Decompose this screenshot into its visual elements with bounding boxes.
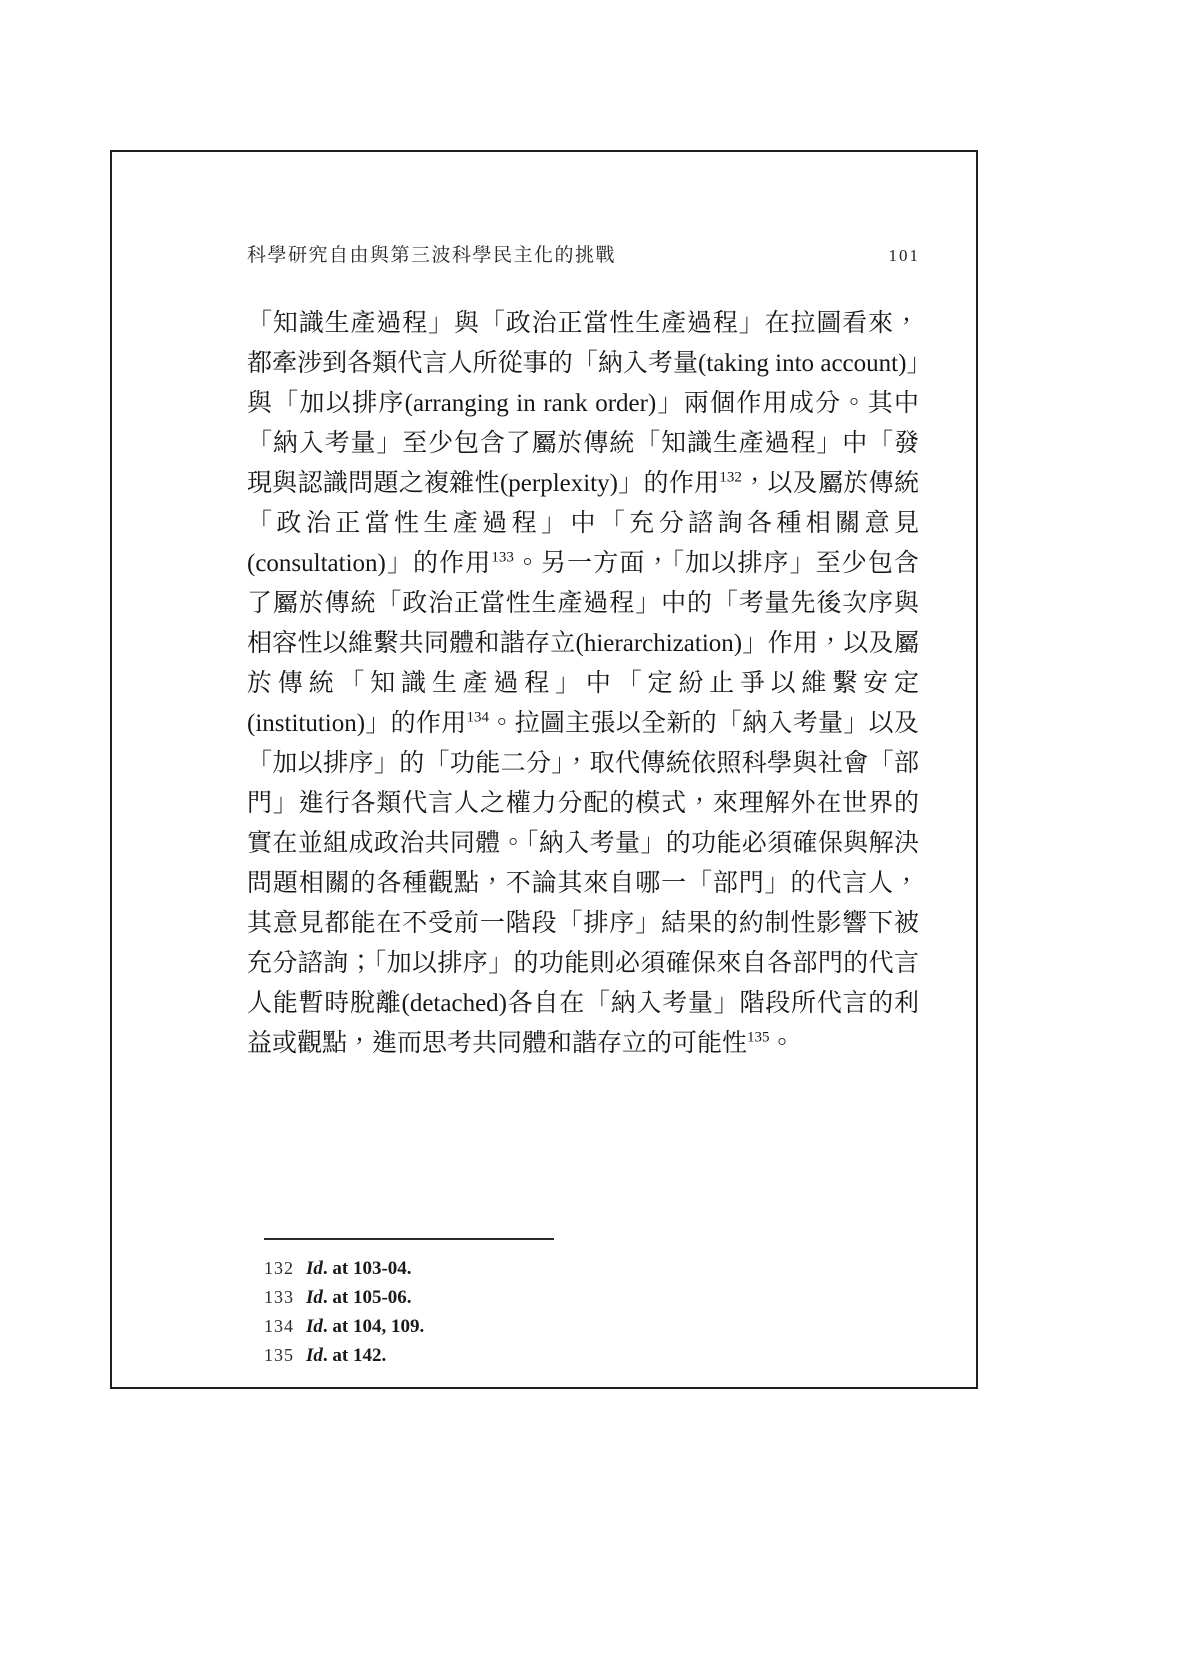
footnote-item: 133Id. at 105-06. bbox=[264, 1283, 764, 1312]
footnote-ref: 133 bbox=[491, 550, 514, 566]
footnote-citation-text: . at 104, 109. bbox=[323, 1316, 424, 1337]
footnote-citation-text: . at 105-06. bbox=[323, 1287, 412, 1308]
footnote-number: 135 bbox=[264, 1341, 306, 1370]
footnote-ref: 134 bbox=[467, 710, 490, 726]
footnote-citation-text: . at 103-04. bbox=[323, 1258, 412, 1279]
footnote-ref: 135 bbox=[747, 1030, 770, 1046]
page-canvas: 科學研究自由與第三波科學民主化的挑戰 101 「知識生產過程」與「政治正當性生產… bbox=[0, 0, 1177, 1664]
footnote-item: 132Id. at 103-04. bbox=[264, 1254, 764, 1283]
footnote-number: 133 bbox=[264, 1283, 306, 1312]
footnote-citation-term: Id bbox=[306, 1345, 323, 1366]
running-header-title: 科學研究自由與第三波科學民主化的挑戰 bbox=[247, 240, 616, 267]
body-paragraph: 「知識生產過程」與「政治正當性生產過程」在拉圖看來，都牽涉到各類代言人所從事的「… bbox=[247, 304, 919, 1064]
paragraph-text-segment: 「知識生產過程」與「政治正當性生產過程」在拉圖看來，都牽涉到各類代言人所從事的「… bbox=[247, 310, 919, 497]
footnote-separator-rule bbox=[264, 1238, 554, 1240]
footnote-item: 134Id. at 104, 109. bbox=[264, 1312, 764, 1341]
footnote-citation-term: Id bbox=[306, 1287, 323, 1308]
footnote-number: 134 bbox=[264, 1312, 306, 1341]
running-header: 科學研究自由與第三波科學民主化的挑戰 101 bbox=[247, 240, 920, 267]
page-border: 科學研究自由與第三波科學民主化的挑戰 101 「知識生產過程」與「政治正當性生產… bbox=[110, 150, 978, 1389]
paragraph-text-segment: 。 bbox=[770, 1030, 795, 1057]
paragraph-text-segment: 。拉圖主張以全新的「納入考量」以及「加以排序」的「功能二分」，取代傳統依照科學與… bbox=[247, 710, 919, 1057]
footnote-citation-term: Id bbox=[306, 1258, 323, 1279]
footnotes-block: 132Id. at 103-04.133Id. at 105-06.134Id.… bbox=[264, 1254, 764, 1370]
footnote-citation-term: Id bbox=[306, 1316, 323, 1337]
footnote-citation-text: . at 142. bbox=[323, 1345, 386, 1366]
paragraph-text-segment: 。另一方面，「加以排序」至少包含了屬於傳統「政治正當性生產過程」中的「考量先後次… bbox=[247, 550, 919, 737]
footnote-ref: 132 bbox=[719, 470, 742, 486]
footnote-number: 132 bbox=[264, 1254, 306, 1283]
page-number: 101 bbox=[889, 246, 921, 266]
footnote-item: 135Id. at 142. bbox=[264, 1341, 764, 1370]
